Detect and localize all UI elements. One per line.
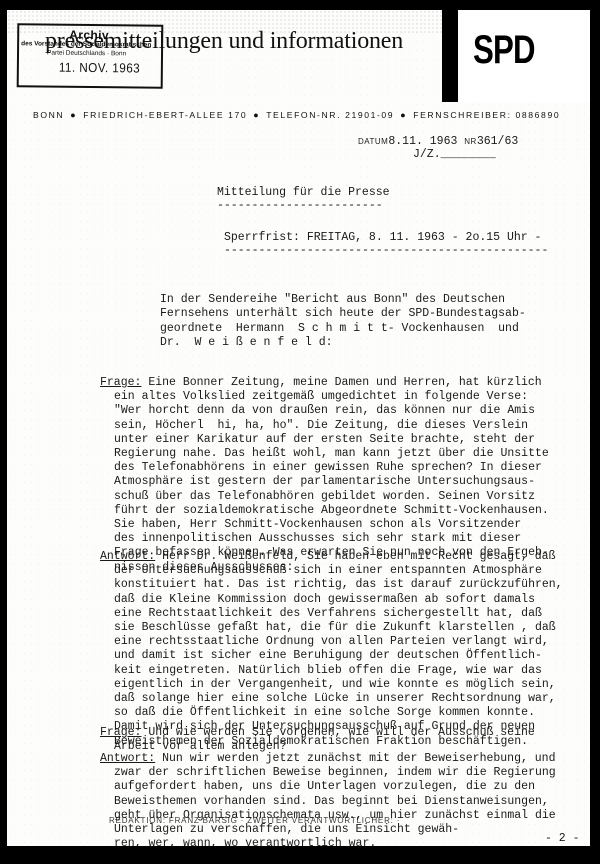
footer-overprint: REDAKTION: FRANZ BARSIG · ZWEITER VERANT… (109, 816, 400, 825)
block-line: ren, wer, wann, wo verantwortlich war. (100, 837, 556, 846)
block-first-line: Antwort: Nun wir werden jetzt zunächst m… (100, 752, 556, 766)
block-text: Und wie werden Sie vorgehen, wie will de… (141, 726, 534, 739)
block-line: führt der sozialdemokratische Abgeordnet… (100, 504, 549, 518)
document-page: pressemitteilungen und informationen SPD… (7, 10, 590, 846)
intro-paragraph: In der Sendereihe "Bericht aus Bonn" des… (160, 293, 526, 351)
block-line: daß die Kleine Kommission doch gewisserm… (100, 593, 563, 607)
nr-value: 361/63 (477, 135, 518, 148)
bullet-icon: ● (70, 110, 77, 120)
address-phone: TELEFON-NR. 21901-09 (266, 110, 394, 120)
answer-block: Antwort: Nun wir werden jetzt zunächst m… (100, 752, 556, 846)
block-line: zwar der schriftlichen Beweise beginnen,… (100, 766, 556, 780)
answer-block: Antwort: Herr Dr. Weißenfeld, Sie haben … (100, 550, 563, 749)
block-line: daß solange hier eine solche Lücke in un… (100, 692, 563, 706)
block-text: Herr Dr. Weißenfeld, Sie haben eben mit … (155, 550, 555, 563)
intro-line: Fernsehens unterhält sich heute der SPD-… (160, 307, 526, 321)
block-first-line: Frage: Eine Bonner Zeitung, meine Damen … (100, 376, 549, 390)
block-line: sie Beschlüsse gefaßt hat, die für die Z… (100, 621, 563, 635)
block-line: schuß über das Telefonabhören gebildet w… (100, 490, 549, 504)
bullet-icon: ● (253, 110, 260, 120)
stamp-date: 11. NOV. 1963 (59, 60, 140, 76)
block-line: Atmosphäre ist gestern der parlamentaris… (100, 475, 549, 489)
bullet-icon: ● (400, 110, 407, 120)
speaker-label: Antwort: (100, 752, 155, 765)
logo-bar (442, 10, 458, 102)
address-street: FRIEDRICH-EBERT-ALLEE 170 (83, 110, 247, 120)
datum-label: DATUM (358, 137, 388, 146)
block-first-line: Frage: Und wie werden Sie vorgehen, wie … (100, 726, 535, 740)
block-line: des innenpolitischen Ausschusses sich se… (100, 532, 549, 546)
heading-title: Mitteilung für die Presse (217, 186, 390, 199)
datum-value: 8.11. 1963 (388, 135, 457, 148)
block-text: Nun wir werden jetzt zunächst mit der Be… (155, 752, 555, 765)
block-line: eine Rechtstaatlichkeit des Verfahrens s… (100, 607, 563, 621)
block-line: Beweisthemen vorhanden sind. Das beginnt… (100, 795, 556, 809)
block-line: Sie haben, Herr Schmitt-Vockenhausen sch… (100, 518, 549, 532)
block-line: "Wer horcht denn da von draußen rein, da… (100, 404, 549, 418)
block-line: des Telefonabhörens in einer gewissen Ru… (100, 461, 549, 475)
intro-line: Dr. W e i ß e n f e l d: (160, 336, 526, 350)
block-line: unter einer Karikatur auf der ersten Sei… (100, 433, 549, 447)
speaker-label: Antwort: (100, 550, 155, 563)
speaker-label: Frage: (100, 726, 141, 739)
block-line: konstituiert hat. Das ist richtig, das i… (100, 578, 563, 592)
intro-line: geordnete Hermann S c h m i t t- Vockenh… (160, 322, 526, 336)
address-telex: FERNSCHREIBER: 0886890 (413, 110, 560, 120)
stamp-line2: Partei Deutschlands · Bonn (47, 50, 126, 58)
block-line: eine rechtsstaatliche Ordnung von allen … (100, 635, 563, 649)
block-line: der Untersuchungsausschuß sich in einer … (100, 564, 563, 578)
question-block: Frage: Eine Bonner Zeitung, meine Damen … (100, 376, 549, 575)
letterhead-address: BONN ● FRIEDRICH-EBERT-ALLEE 170 ● TELEF… (33, 110, 560, 120)
nr-label: NR (464, 137, 477, 146)
stamp-line1: des Vorstandes der Sozialdemokratischen (21, 40, 151, 48)
page-number: - 2 - (545, 832, 580, 845)
block-first-line: Antwort: Herr Dr. Weißenfeld, Sie haben … (100, 550, 563, 564)
heading-underline: ------------------------ (217, 199, 383, 212)
document-meta: DATUM8.11. 1963 NR361/63 (358, 135, 518, 148)
block-line: aufgefordert haben, uns die Unterlagen v… (100, 780, 556, 794)
block-text: Eine Bonner Zeitung, meine Damen und Her… (141, 376, 541, 389)
question-block: Frage: Und wie werden Sie vorgehen, wie … (100, 726, 535, 754)
embargo-underline: ----------------------------------------… (224, 244, 548, 257)
block-line: sein, Höcherl hi, ha, ho". Die Zeitung, … (100, 419, 549, 433)
embargo-notice: Sperrfrist: FREITAG, 8. 11. 1963 - 2o.15… (224, 231, 548, 257)
archive-stamp: Archiv des Vorstandes der Sozialdemokrat… (17, 23, 164, 89)
speaker-label: Frage: (100, 376, 141, 389)
block-line: ein altes Volkslied zeitgemäß umgedichte… (100, 390, 549, 404)
reference-field: J/Z.________ (413, 148, 496, 161)
intro-line: In der Sendereihe "Bericht aus Bonn" des… (160, 293, 526, 307)
block-line: so daß die Öffentlichkeit in eine solche… (100, 706, 563, 720)
block-line: und damit ist sicher eine Beruhigung der… (100, 649, 563, 663)
address-city: BONN (33, 110, 64, 120)
block-line: Unterlagen zu verschaffen, die uns Einsi… (100, 823, 556, 837)
block-line: keit eingetreten. Natürlich blieb offen … (100, 664, 563, 678)
document-heading: Mitteilung für die Presse --------------… (217, 186, 390, 212)
block-line: Regierung nahe. Das heißt wohl, man kann… (100, 447, 549, 461)
block-line: eigentlich in der Vergangenheit, und wie… (100, 678, 563, 692)
embargo-text: Sperrfrist: FREITAG, 8. 11. 1963 - 2o.15… (224, 231, 541, 244)
spd-logo: SPD (473, 30, 535, 70)
